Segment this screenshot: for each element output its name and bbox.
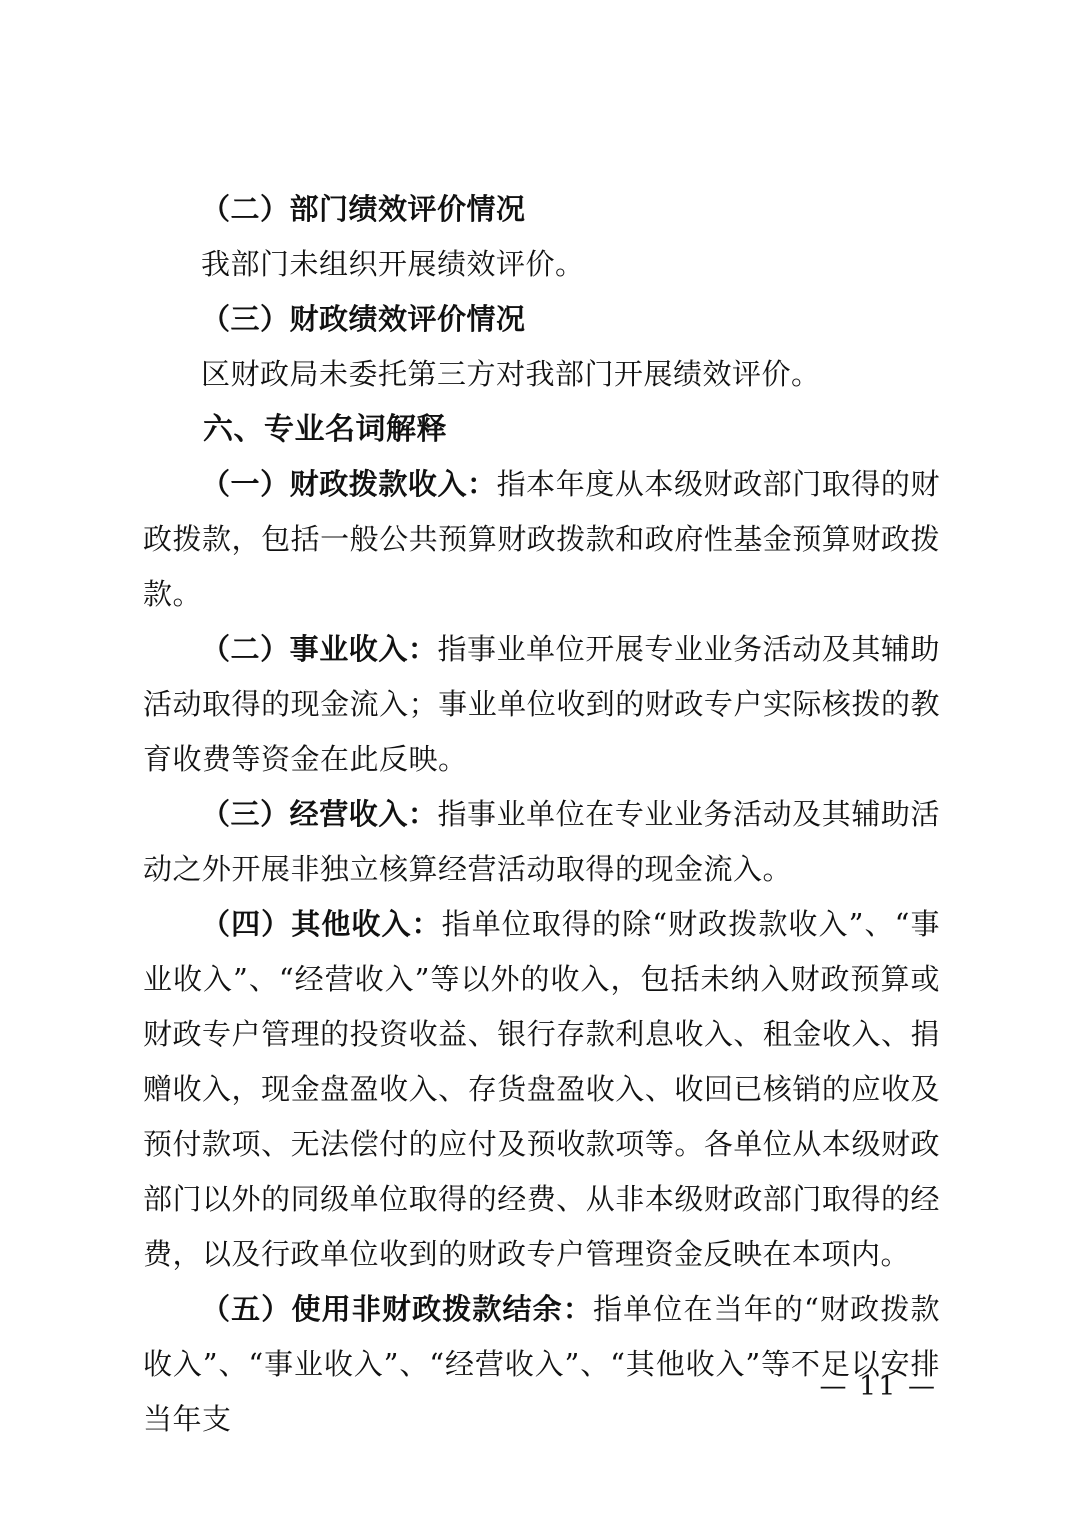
subsection-heading-dept-evaluation: （二）部门绩效评价情况 [143,182,940,237]
section-heading-terminology: 六、专业名词解释 [143,402,940,457]
paragraph-dept-evaluation: 我部门未组织开展绩效评价。 [143,237,940,292]
page-number: — 11 — [819,1371,937,1402]
document-page: （二）部门绩效评价情况 我部门未组织开展绩效评价。 （三）财政绩效评价情况 区财… [0,0,1075,1520]
definition-paragraph-fiscal-appropriation-income: （一）财政拨款收入：指本年度从本级财政部门取得的财政拨款，包括一般公共预算财政拨… [143,457,940,622]
definition-paragraph-operating-income-institution: （二）事业收入：指事业单位开展专业业务活动及其辅助活动取得的现金流入；事业单位收… [143,622,940,787]
paragraph-fiscal-evaluation: 区财政局未委托第三方对我部门开展绩效评价。 [143,347,940,402]
definition-paragraph-non-fiscal-surplus: （五）使用非财政拨款结余：指单位在当年的“财政拨款收入”、“事业收入”、“经营收… [143,1282,940,1447]
definition-term: （二）事业收入： [201,632,438,666]
document-body: （二）部门绩效评价情况 我部门未组织开展绩效评价。 （三）财政绩效评价情况 区财… [143,182,940,1447]
definition-text: 指单位取得的除“财政拨款收入”、“事业收入”、“经营收入”等以外的收入，包括未纳… [143,907,940,1271]
definition-term: （一）财政拨款收入： [201,467,497,501]
definition-term: （五）使用非财政拨款结余： [201,1292,593,1326]
definition-term: （四）其他收入： [201,907,442,941]
subsection-heading-fiscal-evaluation: （三）财政绩效评价情况 [143,292,940,347]
definition-paragraph-other-income: （四）其他收入：指单位取得的除“财政拨款收入”、“事业收入”、“经营收入”等以外… [143,897,940,1282]
definition-paragraph-business-income: （三）经营收入：指事业单位在专业业务活动及其辅助活动之外开展非独立核算经营活动取… [143,787,940,897]
definition-term: （三）经营收入： [201,797,438,831]
